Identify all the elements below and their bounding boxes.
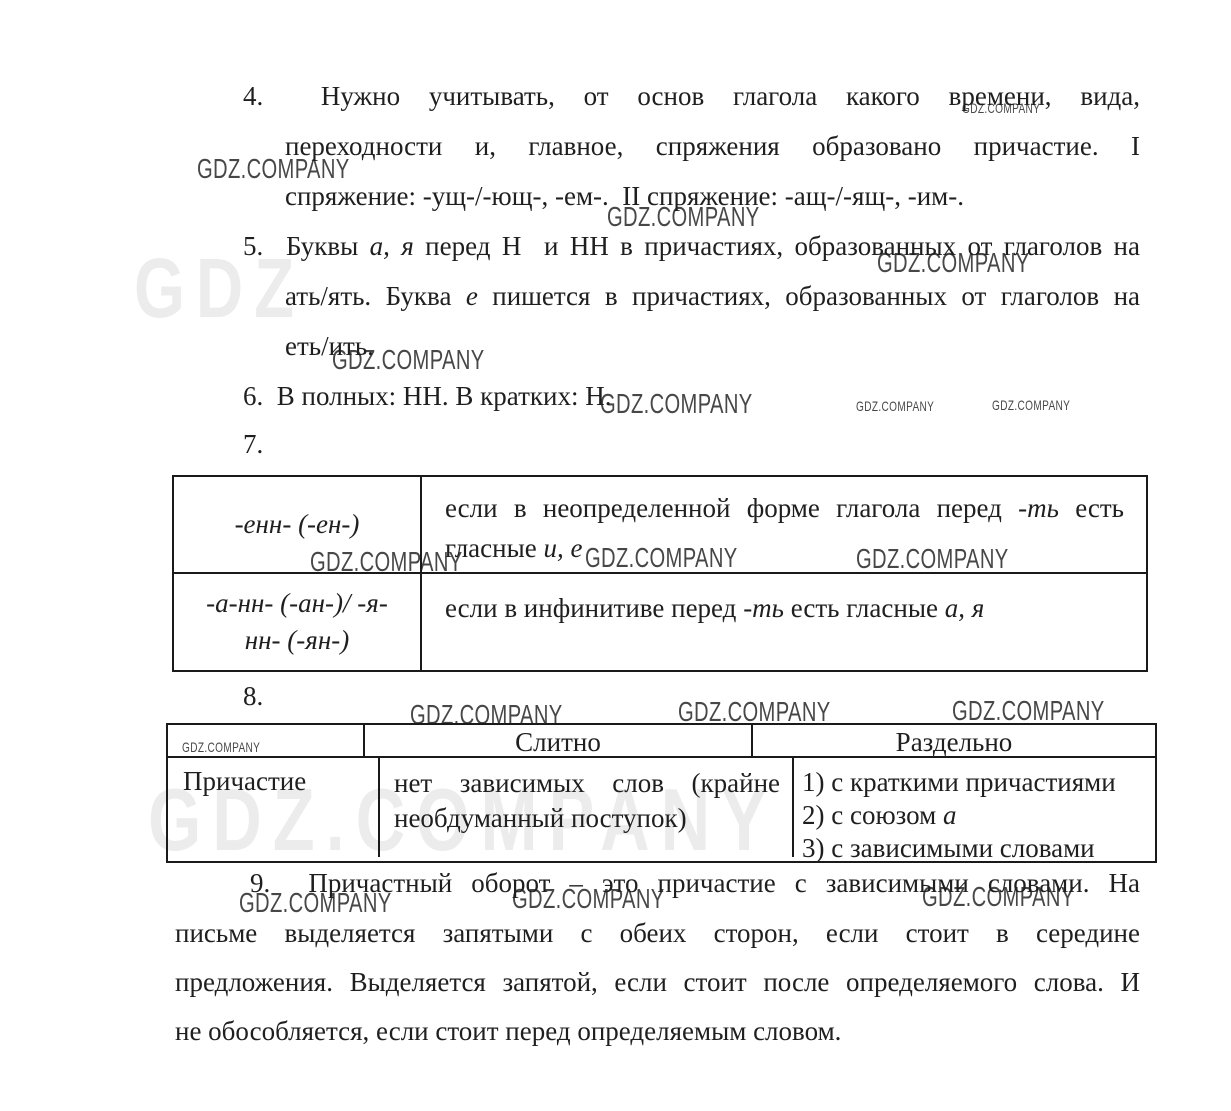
text-segment: 2) с союзом [802, 800, 943, 830]
text-segment: если в инфинитиве перед [445, 593, 743, 623]
text-segment: спряжение: -ущ-/-ющ-, -ем-. II спряжение… [285, 181, 964, 211]
table-cell-line: Причастие [183, 766, 378, 797]
text-segment: есть гласные [784, 593, 945, 623]
text-segment: 1) с краткими причастиями [802, 767, 1116, 797]
suffix-rules-table: -енн- (-ен-) если в неопределенной форме… [172, 475, 1148, 672]
table-cell-suffix-enn: -енн- (-ен-) [174, 477, 422, 572]
paragraph-5-line-2: ать/ять. Буква е пишется в причастиях, о… [285, 279, 1140, 313]
italic-text-segment: а [943, 800, 957, 830]
text-segment: пишется в причастиях, образованных от гл… [478, 281, 1140, 311]
table-cell-line: 1) с краткими причастиями [802, 766, 1149, 799]
paragraph-6: 6. В полных: НН. В кратких: Н. [243, 379, 611, 413]
paragraph-4-line-3: спряжение: -ущ-/-ющ-, -ем-. II спряжение… [285, 179, 964, 213]
gdz-company-watermark: GDZ.COMPANY [952, 697, 1105, 725]
table-cell-line: 3) с зависимыми словами [802, 832, 1149, 865]
text-segment: 7. [243, 429, 263, 459]
text-segment: переходности и, главное, спряжения образ… [285, 131, 1140, 161]
text-segment: 4. Нужно учитывать, от основ глагола как… [243, 81, 1140, 111]
italic-text-segment: -ть [1018, 493, 1059, 523]
italic-text-segment: и, е [543, 533, 582, 563]
paragraph-4-line-2: переходности и, главное, спряжения образ… [285, 129, 1140, 163]
italic-text-segment: -а-нн- (-ан-)/ -я- [206, 588, 388, 618]
table-header-razdelno: Раздельно [753, 725, 1155, 756]
text-segment: ать/ять. Буква [285, 281, 466, 311]
table-cell-line: если в инфинитиве перед -ть есть гласные… [445, 588, 1124, 628]
table-cell-prichastie: Причастие [168, 758, 380, 857]
table-cell-line: 2) с союзом а [802, 799, 1149, 832]
gdz-company-watermark: GDZ.COMPANY [678, 698, 831, 726]
table-header-slitno: Слитно [365, 725, 753, 756]
gdz-company-watermark: GDZ.COMPANY [992, 398, 1070, 412]
text-segment: если в неопределенной форме глагола пере… [445, 493, 1018, 523]
table-header-row: Слитно Раздельно [168, 725, 1155, 758]
text-segment: 6. В полных: НН. В кратких: Н. [243, 381, 611, 411]
table-cell-line: необдуманный поступок) [394, 801, 780, 836]
scanned-document-page: GDZGDZ.COMPANYGDZ.COMPANYGDZ.COMPANYGDZ.… [0, 0, 1231, 1111]
gdz-company-watermark: GDZ.COMPANY [600, 390, 753, 418]
paragraph-9-line-1: 9. Причастный оборот – это причастие с з… [250, 866, 1140, 900]
paragraph-9-line-3: предложения. Выделяется запятой, если ст… [175, 965, 1140, 999]
paragraph-4-line-1: 4. Нужно учитывать, от основ глагола как… [243, 79, 1140, 113]
table-cell-separate-rules: 1) с краткими причастиями 2) с союзом а … [794, 758, 1155, 857]
spelling-together-separate-table: Слитно Раздельно Причастие нет зависимых… [166, 723, 1157, 863]
text-segment: есть [1059, 493, 1124, 523]
table-body-row: Причастие нет зависимых слов (крайне нео… [168, 758, 1155, 857]
table-cell-line: гласные и, е [445, 528, 1124, 568]
table-cell-line: нн- (-ян-) [245, 622, 349, 659]
paragraph-5-line-3: еть/ить. [285, 329, 374, 363]
table-row: -а-нн- (-ан-)/ -я- нн- (-ян-) если в инф… [174, 574, 1146, 670]
text-segment: 3) с зависимыми словами [802, 833, 1095, 863]
italic-text-segment: е [466, 281, 478, 311]
paragraph-9-line-2: письме выделяется запятыми с обеих сторо… [175, 916, 1140, 950]
text-segment: 5. Буквы [243, 231, 370, 261]
table-cell-line: -а-нн- (-ан-)/ -я- [206, 585, 388, 622]
paragraph-5-line-1: 5. Буквы а, я перед Н и НН в причастиях,… [243, 229, 1140, 263]
text-segment: перед Н и НН в причастиях, образованных … [414, 231, 1140, 261]
text-segment: еть/ить. [285, 331, 374, 361]
table-cell-line: если в неопределенной форме глагола пере… [445, 488, 1124, 528]
italic-text-segment: а, я [370, 231, 414, 261]
table-row: -енн- (-ен-) если в неопределенной форме… [174, 477, 1146, 574]
text-segment: предложения. Выделяется запятой, если ст… [175, 967, 1140, 997]
italic-text-segment: а, я [945, 593, 985, 623]
italic-text-segment: -ть [743, 593, 784, 623]
italic-text-segment: -енн- (-ен-) [235, 509, 360, 539]
text-segment: 8. [243, 681, 263, 711]
table-header-empty [168, 725, 365, 756]
item-7-number: 7. [243, 427, 263, 461]
table-cell-together-rule: нет зависимых слов (крайне необдуманный … [380, 758, 794, 857]
text-segment: необдуманный поступок) [394, 803, 687, 833]
table-cell-rule-enn: если в неопределенной форме глагола пере… [422, 477, 1146, 572]
italic-text-segment: нн- (-ян-) [245, 625, 349, 655]
text-segment: нет зависимых слов (крайне [394, 768, 780, 798]
text-segment: не обособляется, если стоит перед опреде… [175, 1016, 841, 1046]
gdz-company-watermark: GDZ.COMPANY [856, 399, 934, 413]
table-cell-line: -енн- (-ен-) [235, 506, 360, 543]
text-segment: письме выделяется запятыми с обеих сторо… [175, 918, 1140, 948]
text-segment: Причастие [183, 766, 306, 796]
text-segment: гласные [445, 533, 543, 563]
table-cell-line: нет зависимых слов (крайне [394, 766, 780, 801]
table-cell-suffix-ann: -а-нн- (-ан-)/ -я- нн- (-ян-) [174, 574, 422, 670]
paragraph-9-line-4: не обособляется, если стоит перед опреде… [175, 1014, 841, 1048]
item-8-number: 8. [243, 679, 263, 713]
text-segment: 9. Причастный оборот – это причастие с з… [250, 868, 1140, 898]
table-cell-rule-ann: если в инфинитиве перед -ть есть гласные… [422, 574, 1146, 670]
